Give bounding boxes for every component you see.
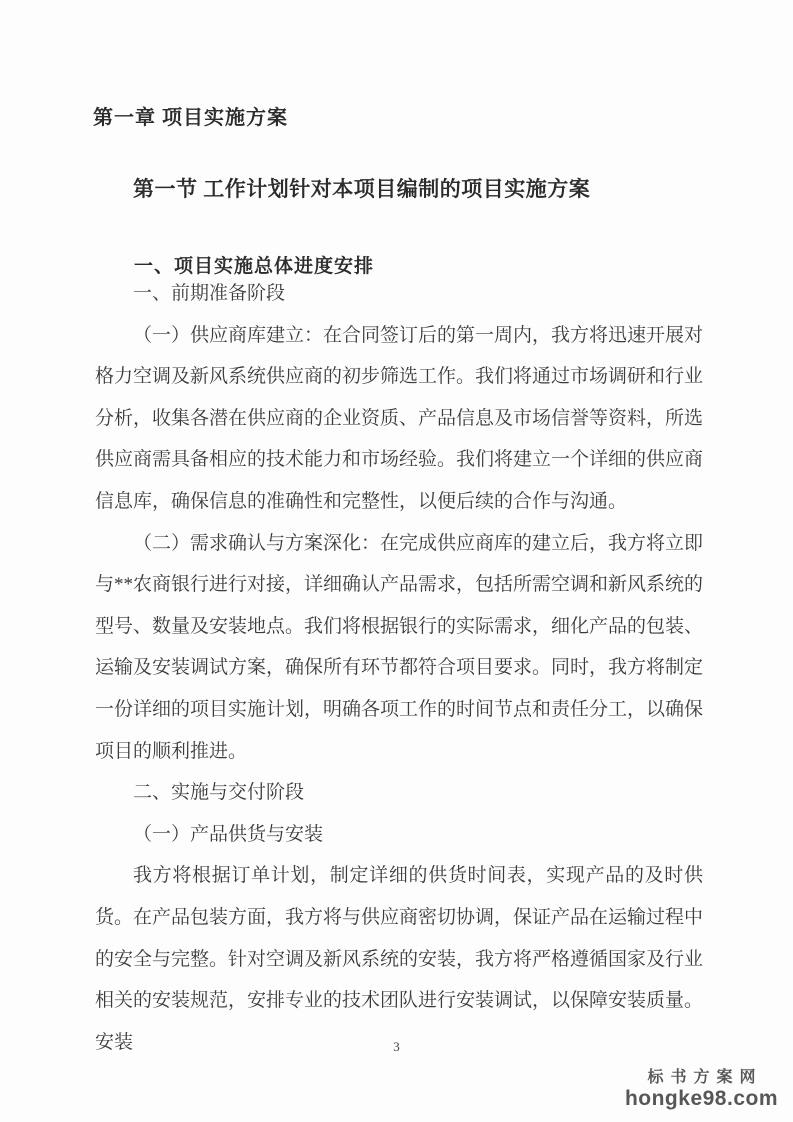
watermark-site-name: 标书方案网 (625, 1069, 785, 1087)
body-paragraph: 我方将根据订单计划，制定详细的供货时间表，实现产品的及时供货。在产品包装方面，我… (95, 855, 703, 1063)
page-number: 3 (0, 1039, 793, 1055)
document-page: 第一章 项目实施方案 第一节 工作计划针对本项目编制的项目实施方案 一、项目实施… (0, 0, 793, 1122)
sub-heading: 二、实施与交付阶段 (95, 772, 703, 814)
sub-heading: （一）产品供货与安装 (95, 814, 703, 856)
watermark-site-domain: hongke98.com (625, 1087, 778, 1110)
document-body: 一、前期准备阶段（一）供应商库建立：在合同签订后的第一周内，我方将迅速开展对格力… (95, 273, 703, 1063)
body-paragraph: （一）供应商库建立：在合同签订后的第一周内，我方将迅速开展对格力空调及新风系统供… (95, 315, 703, 523)
chapter-title: 第一章 项目实施方案 (93, 101, 288, 130)
sub-heading: 一、前期准备阶段 (95, 273, 703, 315)
section-title: 第一节 工作计划针对本项目编制的项目实施方案 (133, 173, 590, 203)
watermark: 标书方案网 hongke98.com (625, 1069, 778, 1110)
body-paragraph: （二）需求确认与方案深化：在完成供应商库的建立后，我方将立即与**农商银行进行对… (95, 523, 703, 773)
